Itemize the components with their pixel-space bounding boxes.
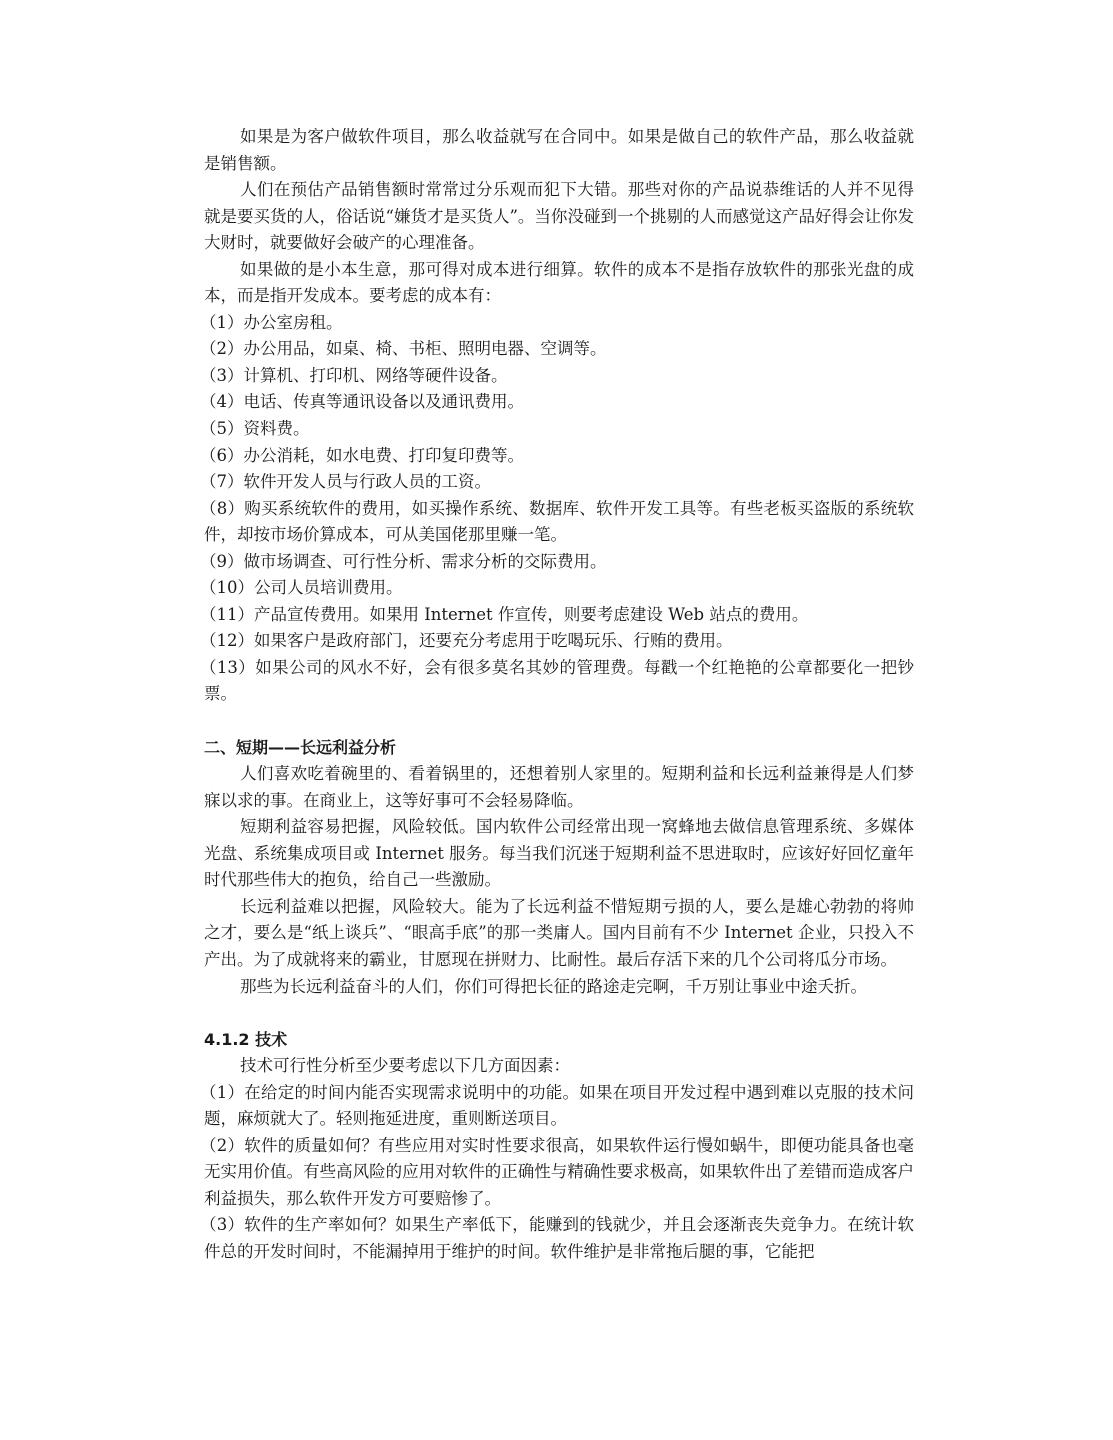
list-item: （7）软件开发人员与行政人员的工资。 bbox=[204, 469, 914, 496]
paragraph: 长远利益难以把握，风险较大。能为了长远利益不惜短期亏损的人，要么是雄心勃勃的将帅… bbox=[204, 894, 914, 974]
list-item: （13）如果公司的风水不好，会有很多莫名其妙的管理费。每戳一个红艳艳的公章都要化… bbox=[204, 655, 914, 708]
list-item: （4）电话、传真等通讯设备以及通讯费用。 bbox=[204, 389, 914, 416]
list-item: （8）购买系统软件的费用，如买操作系统、数据库、软件开发工具等。有些老板买盗版的… bbox=[204, 496, 914, 549]
paragraph-cost-intro: 如果做的是小本生意，那可得对成本进行细算。软件的成本不是指存放软件的那张光盘的成… bbox=[204, 257, 914, 310]
paragraph: 那些为长远利益奋斗的人们，你们可得把长征的路途走完啊，千万别让事业中途夭折。 bbox=[204, 974, 914, 1001]
paragraph-revenue: 如果是为客户做软件项目，那么收益就写在合同中。如果是做自己的软件产品，那么收益就… bbox=[204, 124, 914, 177]
cost-list: （1）办公室房租。 （2）办公用品，如桌、椅、书柜、照明电器、空调等。 （3）计… bbox=[204, 310, 914, 708]
list-item: （1）在给定的时间内能否实现需求说明中的功能。如果在项目开发过程中遇到难以克服的… bbox=[204, 1080, 914, 1133]
section-heading-technology: 4.1.2 技术 bbox=[204, 1027, 914, 1054]
paragraph: 短期利益容易把握，风险较低。国内软件公司经常出现一窝蜂地去做信息管理系统、多媒体… bbox=[204, 814, 914, 894]
section-heading-short-long-term: 二、短期——长远利益分析 bbox=[204, 735, 914, 762]
paragraph-tech-intro: 技术可行性分析至少要考虑以下几方面因素： bbox=[204, 1053, 914, 1080]
list-item: （2）办公用品，如桌、椅、书柜、照明电器、空调等。 bbox=[204, 336, 914, 363]
list-item: （12）如果客户是政府部门，还要充分考虑用于吃喝玩乐、行贿的费用。 bbox=[204, 628, 914, 655]
list-item: （3）计算机、打印机、网络等硬件设备。 bbox=[204, 363, 914, 390]
spacer bbox=[204, 1000, 914, 1027]
list-item: （10）公司人员培训费用。 bbox=[204, 575, 914, 602]
list-item: （11）产品宣传费用。如果用 Internet 作宣传，则要考虑建设 Web 站… bbox=[204, 602, 914, 629]
list-item: （5）资料费。 bbox=[204, 416, 914, 443]
document-page: 如果是为客户做软件项目，那么收益就写在合同中。如果是做自己的软件产品，那么收益就… bbox=[204, 124, 914, 1266]
list-item: （3）软件的生产率如何？如果生产率低下，能赚到的钱就少，并且会逐渐丧失竞争力。在… bbox=[204, 1212, 914, 1265]
list-item: （1）办公室房租。 bbox=[204, 310, 914, 337]
list-item: （2）软件的质量如何？有些应用对实时性要求很高，如果软件运行慢如蜗牛，即便功能具… bbox=[204, 1133, 914, 1213]
list-item: （6）办公消耗，如水电费、打印复印费等。 bbox=[204, 443, 914, 470]
paragraph-sales-estimate: 人们在预估产品销售额时常常过分乐观而犯下大错。那些对你的产品说恭维话的人并不见得… bbox=[204, 177, 914, 257]
list-item: （9）做市场调查、可行性分析、需求分析的交际费用。 bbox=[204, 549, 914, 576]
spacer bbox=[204, 708, 914, 735]
paragraph: 人们喜欢吃着碗里的、看着锅里的，还想着别人家里的。短期利益和长远利益兼得是人们梦… bbox=[204, 761, 914, 814]
